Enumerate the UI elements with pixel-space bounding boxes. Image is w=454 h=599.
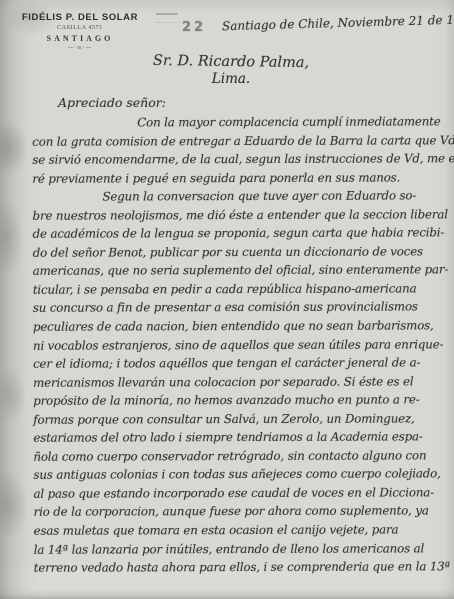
letter-line: esas muletas que tomara en esta ocasion … bbox=[34, 520, 450, 540]
letter-line: al paso que estando incorporado ese caud… bbox=[33, 483, 449, 503]
scanned-letter-page: FIDÉLIS P. DEL SOLAR CASILLA 4571 SANTIA… bbox=[0, 0, 454, 599]
letter-line: con la grata comision de entregar a Edua… bbox=[32, 131, 448, 151]
page-number-stamp: 22 bbox=[182, 20, 206, 35]
letter-line: formas porque con consultar un Salvá, un… bbox=[33, 409, 449, 429]
recipient-name: Sr. D. Ricardo Palma, bbox=[146, 53, 316, 71]
letter-line: sus antiguas colonias i con todas sus añ… bbox=[33, 465, 449, 485]
letter-line: mericanismos llevarán una colocacion por… bbox=[33, 372, 449, 392]
recipient-city: Lima. bbox=[146, 71, 316, 87]
letter-line: ñola como cuerpo conservador retrógrado,… bbox=[33, 446, 449, 466]
letter-line: bre nuestros neolojismos, me dió éste a … bbox=[33, 205, 449, 225]
letterhead: FIDÉLIS P. DEL SOLAR CASILLA 4571 SANTIA… bbox=[20, 12, 140, 51]
letter-line: de académicos de la lengua se proponia, … bbox=[33, 224, 449, 244]
ink-smudge bbox=[156, 13, 178, 23]
letter-line: ticular, i se pensaba en pedir a cada re… bbox=[33, 279, 449, 299]
dateline: Santiago de Chile, Noviembre 21 de 1899. bbox=[222, 13, 452, 33]
letter-line: terreno vedado hasta ahora para ellos, i… bbox=[34, 557, 450, 577]
letter-line: ni vocablos estranjeros, sino de aquello… bbox=[33, 335, 449, 355]
letterhead-ornament: —·≡·— bbox=[20, 45, 140, 51]
letter-line: propósito de la minoría, no hemos avanza… bbox=[33, 390, 449, 410]
letter-body: Con la mayor complacencia cumplí inmedia… bbox=[32, 112, 450, 577]
letter-line: americanas, que no seria suplemento del … bbox=[33, 261, 449, 281]
letter-line: Con la mayor complacencia cumplí inmedia… bbox=[32, 112, 448, 132]
letter-line: Segun la conversacion que tuve ayer con … bbox=[32, 186, 448, 206]
letter-line: do del señor Benot, publicar por su cuen… bbox=[33, 242, 449, 262]
letter-line: peculiares de cada nacion, bien entendid… bbox=[33, 316, 449, 336]
letterhead-name: FIDÉLIS P. DEL SOLAR bbox=[20, 12, 140, 23]
letterhead-casilla: CASILLA 4571 bbox=[20, 25, 140, 31]
letter-line: la 14ª las lanzaria por inútiles, entran… bbox=[34, 539, 450, 559]
letter-line: su concurso a fin de presentar a esa com… bbox=[33, 298, 449, 318]
letter-line: se sirvió encomendarme, de la cual, segu… bbox=[32, 149, 448, 169]
letterhead-city: SANTIAGO bbox=[20, 34, 140, 43]
letter-line: estariamos del otro lado i siempre tendr… bbox=[33, 428, 449, 448]
recipient-block: Sr. D. Ricardo Palma, Lima. bbox=[146, 54, 316, 87]
letter-line: ré previamente i pegué en seguida para p… bbox=[32, 168, 448, 188]
salutation: Apreciado señor: bbox=[58, 95, 166, 110]
letter-line: cer el idioma; i todos aquéllos que teng… bbox=[33, 353, 449, 373]
letter-line: rio de la corporacion, aunque fuese por … bbox=[34, 502, 450, 522]
